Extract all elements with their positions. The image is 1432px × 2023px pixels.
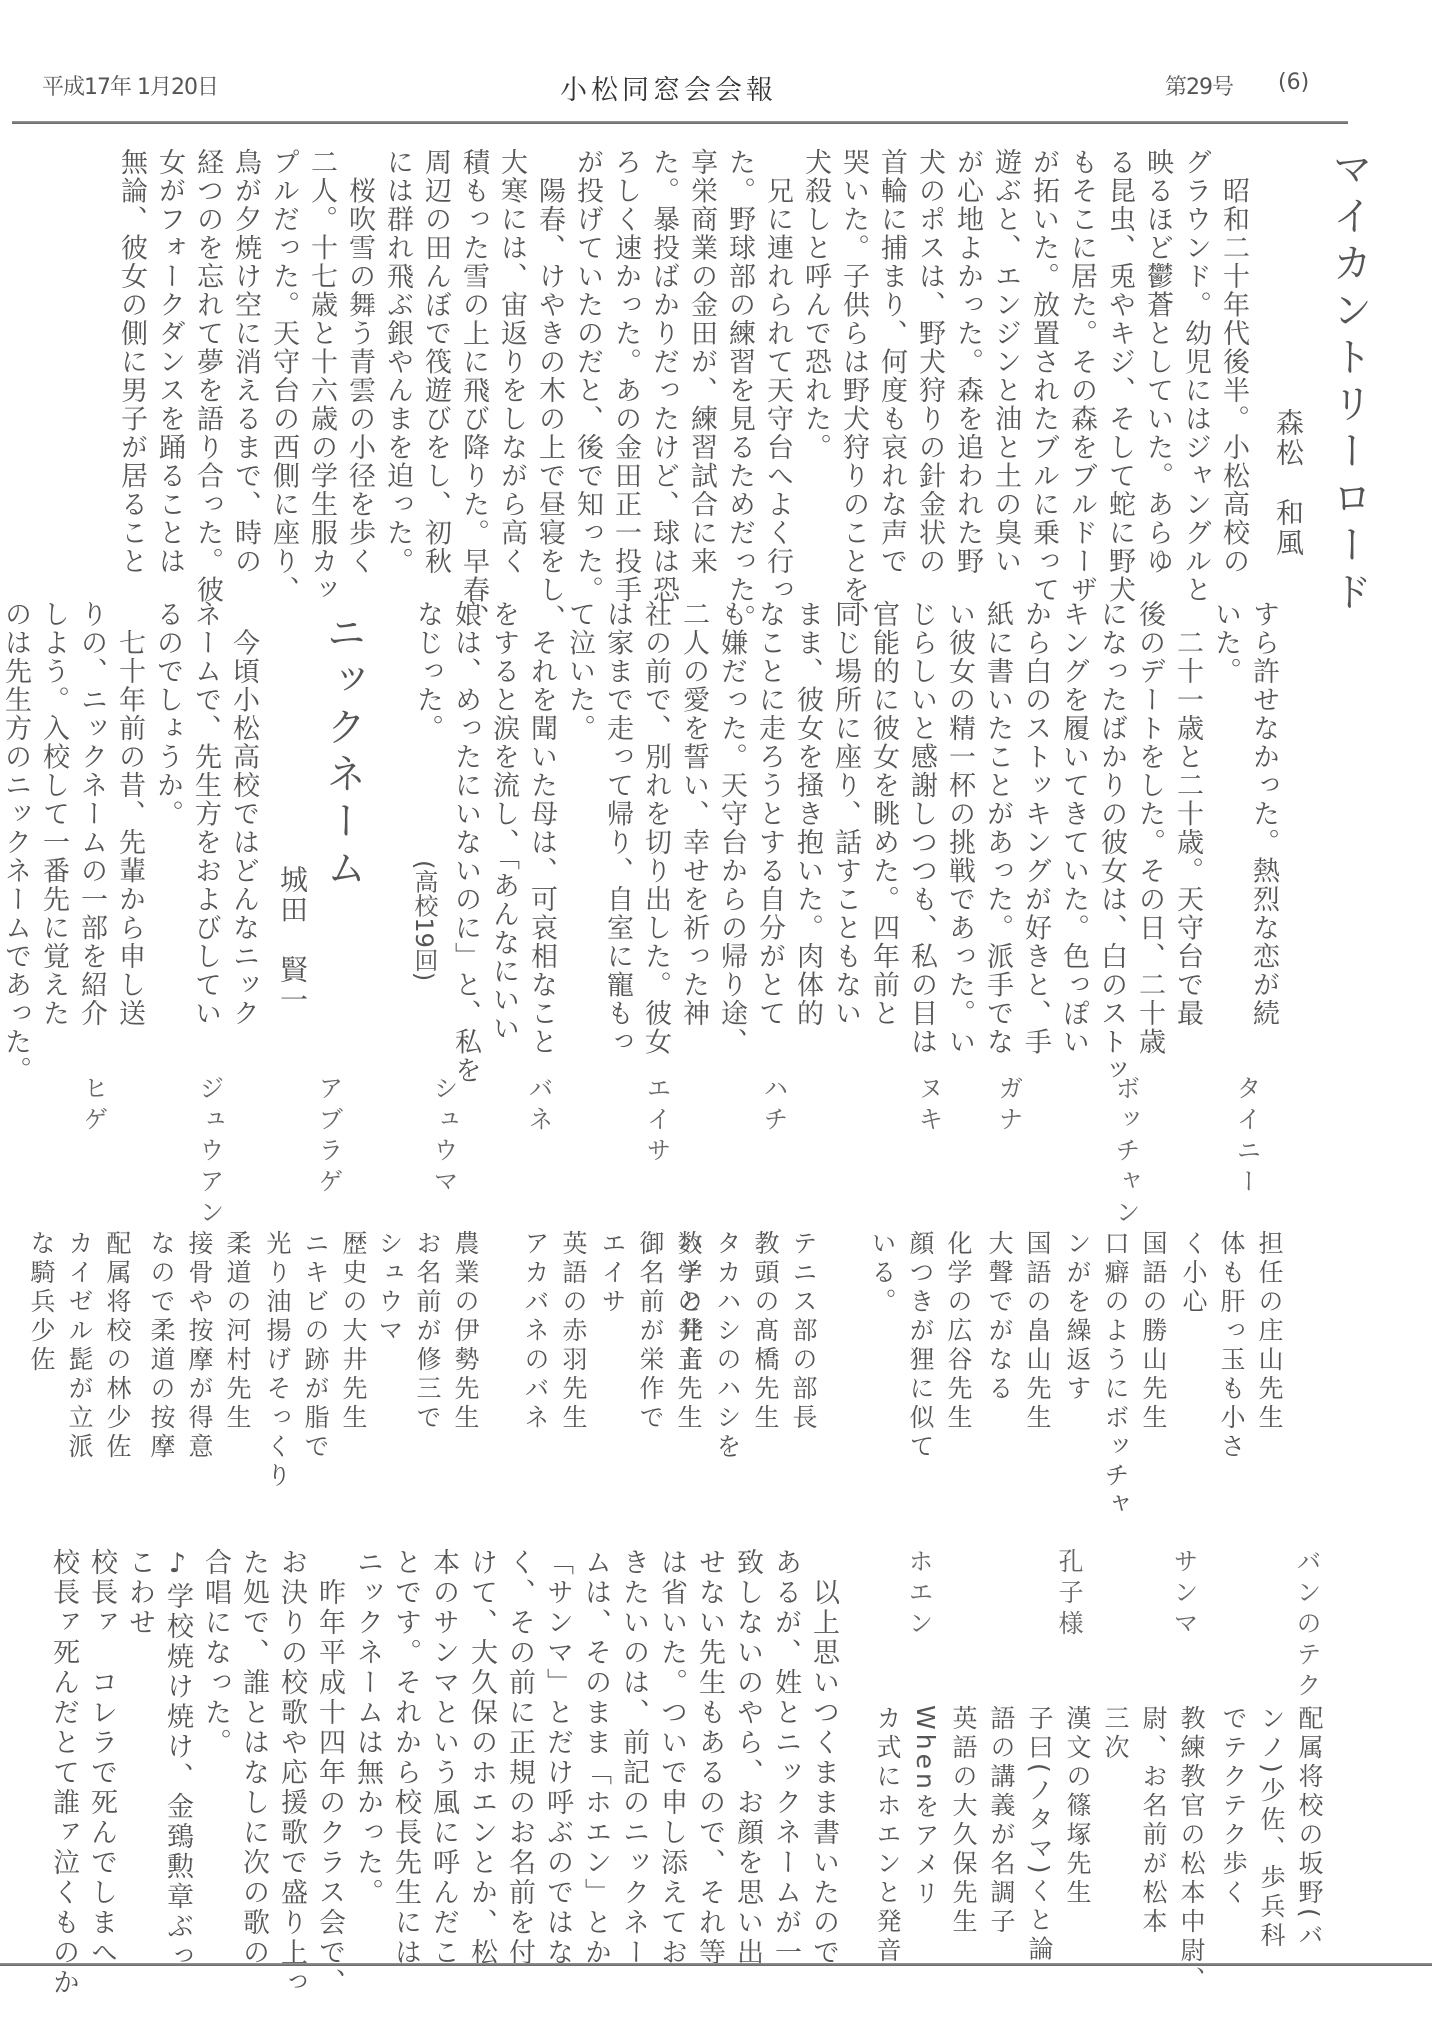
issue-number: 第29号 bbox=[1165, 70, 1233, 101]
nickname-description: 配属将校の林少佐 カイゼル髭が立派 な騎兵少佐 bbox=[22, 1230, 136, 1462]
page-number: (6) bbox=[1278, 70, 1309, 95]
article-title-nickname: ニックネーム bbox=[315, 612, 372, 894]
nickname-term: サンマ bbox=[1166, 1548, 1202, 1641]
author-signature: (高校19回) bbox=[407, 860, 442, 981]
nickname-description: 柔道の河村先生 接骨や按摩が得意 なので柔道の按摩 bbox=[142, 1230, 256, 1462]
nickname-description: 担任の庄山先生 体も肝っ玉も小さ く小心 bbox=[1174, 1230, 1288, 1462]
issue-date: 平成17年 1月20日 bbox=[42, 70, 218, 101]
nickname-description: 国語の勝山先生 口癖のようにボッチャ ンがを繰返す bbox=[1058, 1230, 1172, 1520]
nickname-description: 漢文の篠塚先生 子曰(ノタマ)くと論 語の講義が名調子 bbox=[982, 1705, 1096, 1965]
article-body-tier2: すら許せなかった。熱烈な恋が続 いた。 二十一歳と二十歳。天守台で最 後のデート… bbox=[408, 600, 1282, 1020]
nickname-term: ジュウアン bbox=[192, 1075, 228, 1230]
article-author: 城田 賢一 bbox=[272, 865, 312, 1015]
nickname-term: シュウマ bbox=[426, 1075, 462, 1199]
nickname-term: タイニー bbox=[1229, 1075, 1265, 1199]
nickname-description: 英語の赤羽先生 アカバネのバネ bbox=[516, 1230, 592, 1433]
nickname-term: ヒゲ bbox=[76, 1075, 112, 1137]
nickname-description: 歴史の大井先生 ニキビの跡が脂で 光り油揚げそっくり bbox=[258, 1230, 372, 1491]
header-divider bbox=[12, 121, 1348, 124]
nickname-description: 英語の大久保先生 Whenをアメリ カ式にホエンと発音 bbox=[868, 1705, 982, 1966]
newsletter-title: 小松同窓会会報 bbox=[560, 68, 777, 107]
nickname-term: ハチ bbox=[756, 1075, 792, 1137]
nickname-description: 農業の伊勢先生 お名前が修三で シュウマ bbox=[370, 1230, 484, 1433]
nickname-description: 配属将校の坂野(バ ンノ)少佐、歩兵科 でテクテク歩く bbox=[1214, 1705, 1328, 1951]
nickname-description: 化学の広谷先生 顔つきが狸に似て いる。 bbox=[863, 1230, 977, 1462]
article-body-tier1: 昭和二十年代後半。小松高校の グラウンド。幼児にはジャングルと 映るほど鬱蒼とし… bbox=[112, 148, 1252, 568]
nickname-term: バンのテク bbox=[1289, 1548, 1325, 1703]
nickname-description: 教練教官の松本中尉、 尉、お名前が松本 三次 bbox=[1096, 1705, 1210, 1995]
nickname-term: ガナ bbox=[991, 1075, 1027, 1137]
nickname-description: 数学の井上先生 御名前が栄作で エイサ bbox=[593, 1230, 707, 1433]
nickname-term: エイサ bbox=[639, 1075, 675, 1168]
closing-paragraph: 以上思いつくまま書いたので あるが、姓とニックネームが一 致しないのやら、お顔を… bbox=[44, 1548, 842, 1958]
nickname-description: 国語の畠山先生 大聲でがなる bbox=[980, 1230, 1056, 1433]
nickname-term: ヌキ bbox=[911, 1075, 947, 1137]
article-author: 森松 和風 bbox=[1268, 408, 1308, 558]
nickname-term: アブラゲ bbox=[311, 1075, 347, 1199]
page-header: 平成17年 1月20日 小松同窓会会報 第29号 (6) bbox=[0, 68, 1432, 108]
nickname-term: ボッチャン bbox=[1108, 1075, 1144, 1230]
nickname-term: ホエン bbox=[901, 1548, 937, 1641]
article-intro: 今頃小松高校ではどんなニック ネームで、先生方をおよびしてい るのでしょうか。 … bbox=[0, 600, 262, 1020]
footer-divider bbox=[0, 1963, 1432, 1966]
nickname-term: 孔子様 bbox=[1051, 1548, 1087, 1641]
nickname-term: バネ bbox=[521, 1075, 557, 1137]
article-title-my-country-road: マイカントリーロード bbox=[1321, 148, 1378, 618]
